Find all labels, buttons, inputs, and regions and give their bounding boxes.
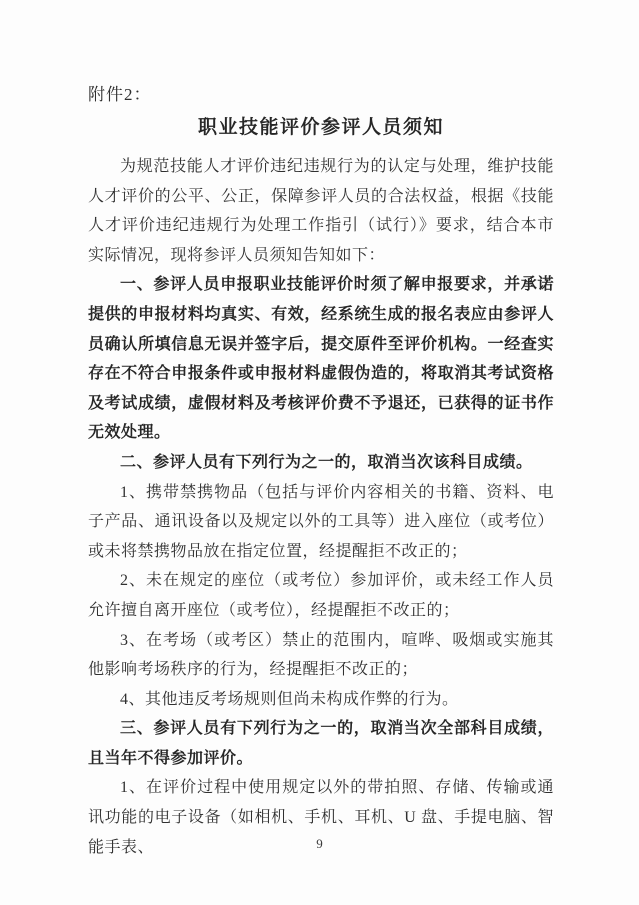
page-number: 9 xyxy=(0,836,639,852)
document-body: 为规范技能人才评价违纪违规行为的认定与处理，维护技能人才评价的公平、公正，保障参… xyxy=(88,152,554,862)
paragraph: 4、其他违反考场规则但尚未构成作弊的行为。 xyxy=(88,685,554,715)
document-title: 职业技能评价参评人员须知 xyxy=(88,113,554,143)
paragraph: 三、参评人员有下列行为之一的，取消当次全部科目成绩，且当年不得参加评价。 xyxy=(88,714,554,773)
paragraph: 二、参评人员有下列行为之一的，取消当次该科目成绩。 xyxy=(88,448,554,478)
paragraph: 1、携带禁携物品（包括与评价内容相关的书籍、资料、电子产品、通讯设备以及规定以外… xyxy=(88,478,554,567)
paragraph: 一、参评人员申报职业技能评价时须了解申报要求，并承诺提供的申报材料均真实、有效，… xyxy=(88,270,554,448)
paragraph: 2、未在规定的座位（或考位）参加评价，或未经工作人员允许擅自离开座位（或考位），… xyxy=(88,566,554,625)
document-page: 附件2： 职业技能评价参评人员须知 为规范技能人才评价违纪违规行为的认定与处理，… xyxy=(0,0,639,905)
document-content: 附件2： 职业技能评价参评人员须知 为规范技能人才评价违纪违规行为的认定与处理，… xyxy=(88,80,554,862)
attachment-label: 附件2： xyxy=(88,80,554,110)
paragraph: 3、在考场（或考区）禁止的范围内，喧哗、吸烟或实施其他影响考场秩序的行为，经提醒… xyxy=(88,626,554,685)
paragraph: 为规范技能人才评价违纪违规行为的认定与处理，维护技能人才评价的公平、公正，保障参… xyxy=(88,152,554,270)
